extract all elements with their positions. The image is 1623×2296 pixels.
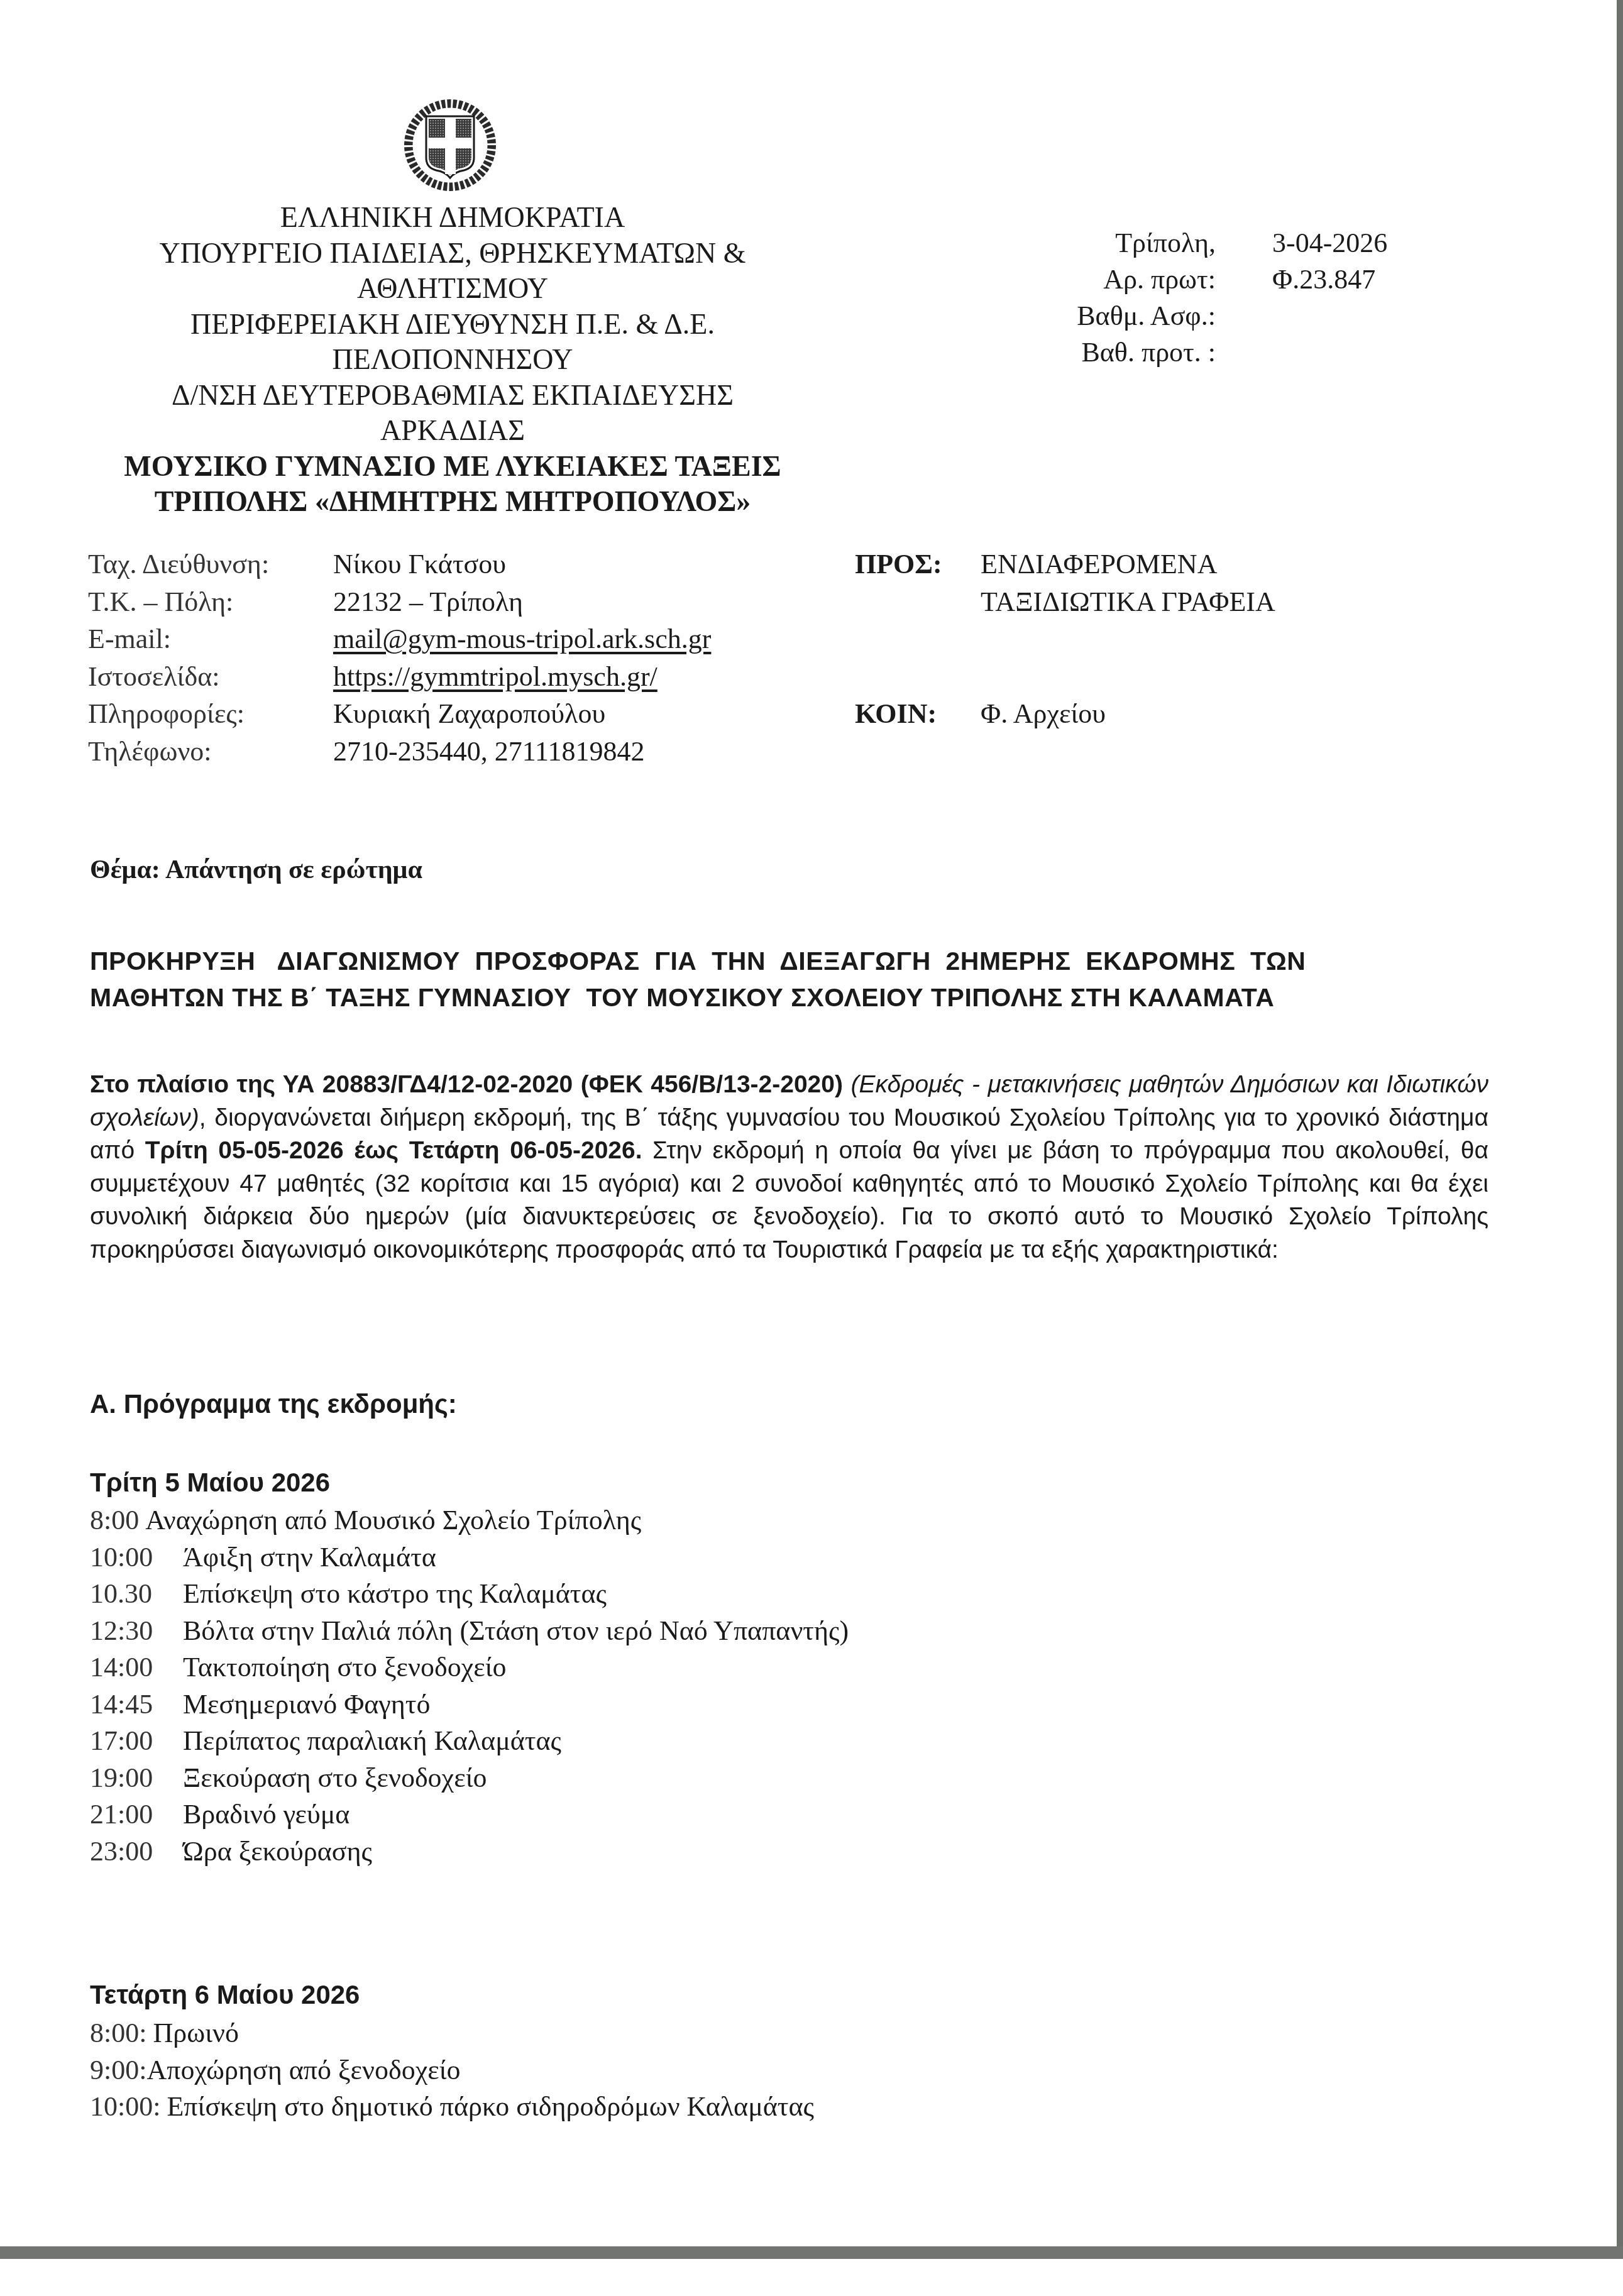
contact-info: Ταχ. Διεύθυνση: Νίκου Γκάτσου Τ.Κ. – Πόλ… <box>88 546 711 770</box>
schedule-day-1: 8:00Αναχώρηση από Μουσικό Σχολείο Τρίπολ… <box>90 1502 849 1870</box>
trip-dates: Τρίτη 05-05-2026 έως Τετάρτη 06-05-2026. <box>145 1137 642 1164</box>
schedule-time: 9:00: <box>90 2052 146 2089</box>
organization-header: ΕΛΛΗΝΙΚΗ ΔΗΜΟΚΡΑΤΙΑ ΥΠΟΥΡΓΕΙΟ ΠΑΙΔΕΙΑΣ, … <box>107 200 798 520</box>
day-heading: Τετάρτη 6 Μαίου 2026 <box>90 1980 360 2010</box>
cc-value: Φ. Αρχείου <box>981 695 1106 733</box>
schedule-time: 23:00 <box>90 1833 183 1870</box>
org-line: ΥΠΟΥΡΓΕΙΟ ΠΑΙΔΕΙΑΣ, ΘΡΗΣΚΕΥΜΑΤΩΝ & <box>107 236 798 272</box>
schedule-activity: Άφιξη στην Καλαμάτα <box>183 1539 436 1576</box>
schedule-item: 10:00Άφιξη στην Καλαμάτα <box>90 1539 849 1576</box>
document-meta: Τρίπολη, 3-04-2026 Αρ. πρωτ: Φ.23.847 Βα… <box>993 225 1387 371</box>
schedule-activity: Μεσημεριανό Φαγητό <box>183 1686 431 1723</box>
recipient-to: ΠΡΟΣ: ΕΝΔΙΑΦΕΡΟΜΕΝΑ ΤΑΞΙΔΙΩΤΙΚΑ ΓΡΑΦΕΙΑ <box>855 546 1275 620</box>
schedule-time: 8:00 <box>90 1502 145 1539</box>
contact-label: Ταχ. Διεύθυνση: <box>88 546 333 583</box>
subject-line: Θέμα: Απάντηση σε ερώτημα <box>90 855 422 885</box>
contact-label: Πληροφορίες: <box>88 695 333 733</box>
recipient-line: ΕΝΔΙΑΦΕΡΟΜΕΝΑ <box>981 546 1275 583</box>
program-title: Α. Πρόγραμμα της εκδρομής: <box>90 1389 457 1419</box>
meta-row-security: Βαθμ. Ασφ.: <box>993 298 1387 334</box>
schedule-time: 10:00: <box>90 2089 167 2126</box>
to-label: ΠΡΟΣ: <box>855 546 981 620</box>
schedule-activity: Τακτοποίηση στο ξενοδοχείο <box>183 1649 507 1686</box>
schedule-item: 8:00:Πρωινό <box>90 2015 814 2052</box>
security-level <box>1216 298 1272 334</box>
contact-label: Ιστοσελίδα: <box>88 658 333 696</box>
schedule-activity: Βόλτα στην Παλιά πόλη (Στάση στον ιερό Ν… <box>183 1613 849 1650</box>
schedule-time: 19:00 <box>90 1760 183 1797</box>
scan-edge-bottom <box>0 2246 1623 2259</box>
legal-reference: Στο πλαίσιο της ΥΑ 20883/ΓΔ4/12-02-2020 … <box>90 1071 843 1098</box>
document-date: 3-04-2026 <box>1216 225 1387 261</box>
meta-label: Τρίπολη, <box>1115 225 1216 261</box>
body-paragraph: Στο πλαίσιο της ΥΑ 20883/ΓΔ4/12-02-2020 … <box>90 1068 1488 1266</box>
schedule-time: 10:00 <box>90 1539 183 1576</box>
contact-row-phone: Τηλέφωνο: 2710-235440, 27111819842 <box>88 733 711 771</box>
schedule-activity: Ξεκούραση στο ξενοδοχείο <box>183 1760 487 1797</box>
meta-row-date: Τρίπολη, 3-04-2026 <box>993 225 1387 261</box>
contact-label: Τ.Κ. – Πόλη: <box>88 583 333 621</box>
meta-label: Βαθ. προτ. : <box>1081 334 1216 371</box>
priority-level <box>1216 334 1272 371</box>
contact-row-info: Πληροφορίες: Κυριακή Ζαχαροπούλου <box>88 695 711 733</box>
schedule-activity: Επίσκεψη στο δημοτικό πάρκο σιδηροδρόμων… <box>167 2089 814 2126</box>
contact-postcode-city: 22132 – Τρίπολη <box>333 583 523 621</box>
schedule-time: 17:00 <box>90 1723 183 1760</box>
schedule-activity: Αναχώρηση από Μουσικό Σχολείο Τρίπολης <box>145 1502 641 1539</box>
contact-label: E-mail: <box>88 620 333 658</box>
schedule-activity: Πρωινό <box>153 2015 238 2052</box>
schedule-time: 10.30 <box>90 1576 183 1613</box>
schedule-item: 23:00Ώρα ξεκούρασης <box>90 1833 849 1870</box>
website-link[interactable]: https://gymmtripol.mysch.gr/ <box>333 661 657 692</box>
scan-edge-right <box>1617 0 1623 2248</box>
meta-label: Βαθμ. Ασφ.: <box>1077 298 1216 334</box>
schedule-item: 14:45Μεσημεριανό Φαγητό <box>90 1686 849 1723</box>
email-link[interactable]: mail@gym-mous-tripol.ark.sch.gr <box>333 623 711 654</box>
meta-row-protocol: Αρ. πρωτ: Φ.23.847 <box>993 261 1387 298</box>
schedule-activity: Επίσκεψη στο κάστρο της Καλαμάτας <box>183 1576 607 1613</box>
contact-phone: 2710-235440, 27111819842 <box>333 733 644 771</box>
announcement-line: ΜΑΘΗΤΩΝ ΤΗΣ Β΄ ΤΑΞΗΣ ΓΥΜΝΑΣΙΟΥ ΤΟΥ ΜΟΥΣΙ… <box>90 979 1488 1016</box>
schedule-time: 14:45 <box>90 1686 183 1723</box>
schedule-activity: Βραδινό γεύμα <box>183 1796 349 1833</box>
schedule-item: 17:00Περίπατος παραλιακή Καλαμάτας <box>90 1723 849 1760</box>
contact-row-address: Ταχ. Διεύθυνση: Νίκου Γκάτσου <box>88 546 711 583</box>
recipients: ΠΡΟΣ: ΕΝΔΙΑΦΕΡΟΜΕΝΑ ΤΑΞΙΔΙΩΤΙΚΑ ΓΡΑΦΕΙΑ … <box>855 546 1275 733</box>
school-name: ΜΟΥΣΙΚΟ ΓΥΜΝΑΣΙΟ ΜΕ ΛΥΚΕΙΑΚΕΣ ΤΑΞΕΙΣ <box>107 449 798 485</box>
schedule-activity: Αποχώρηση από ξενοδοχείο <box>146 2052 460 2089</box>
greek-coat-of-arms-icon <box>402 97 498 193</box>
schedule-time: 12:30 <box>90 1613 183 1650</box>
protocol-number: Φ.23.847 <box>1216 261 1375 298</box>
org-line: Δ/ΝΣΗ ΔΕΥΤΕΡΟΒΑΘΜΙΑΣ ΕΚΠΑΙΔΕΥΣΗΣ <box>107 378 798 414</box>
meta-row-priority: Βαθ. προτ. : <box>993 334 1387 371</box>
schedule-time: 14:00 <box>90 1649 183 1686</box>
cc-label: ΚΟΙΝ: <box>855 695 981 733</box>
schedule-activity: Περίπατος παραλιακή Καλαμάτας <box>183 1723 561 1760</box>
contact-person: Κυριακή Ζαχαροπούλου <box>333 695 605 733</box>
announcement-title: ΠΡΟΚΗΡΥΞΗ ΔΙΑΓΩΝΙΣΜΟΥ ΠΡΟΣΦΟΡΑΣ ΓΙΑ ΤΗΝ … <box>90 943 1488 1016</box>
contact-label: Τηλέφωνο: <box>88 733 333 771</box>
school-name: ΤΡΙΠΟΛΗΣ «ΔΗΜΗΤΡΗΣ ΜΗΤΡΟΠΟΥΛΟΣ» <box>107 484 798 520</box>
contact-address: Νίκου Γκάτσου <box>333 546 506 583</box>
recipient-cc: ΚΟΙΝ: Φ. Αρχείου <box>855 695 1275 733</box>
schedule-item: 19:00Ξεκούραση στο ξενοδοχείο <box>90 1760 849 1797</box>
day-heading: Τρίτη 5 Μαίου 2026 <box>90 1468 330 1498</box>
schedule-item: 21:00Βραδινό γεύμα <box>90 1796 849 1833</box>
org-line: ΠΕΛΟΠΟΝΝΗΣΟΥ <box>107 342 798 378</box>
org-line: ΠΕΡΙΦΕΡΕΙΑΚΗ ΔΙΕΥΘΥΝΣΗ Π.Ε. & Δ.Ε. <box>107 307 798 343</box>
schedule-activity: Ώρα ξεκούρασης <box>183 1833 372 1870</box>
announcement-line: ΠΡΟΚΗΡΥΞΗ ΔΙΑΓΩΝΙΣΜΟΥ ΠΡΟΣΦΟΡΑΣ ΓΙΑ ΤΗΝ … <box>90 943 1488 979</box>
schedule-time: 21:00 <box>90 1796 183 1833</box>
meta-label: Αρ. πρωτ: <box>1103 261 1216 298</box>
org-line: ΕΛΛΗΝΙΚΗ ΔΗΜΟΚΡΑΤΙΑ <box>107 200 798 236</box>
contact-row-email: E-mail: mail@gym-mous-tripol.ark.sch.gr <box>88 620 711 658</box>
contact-row-website: Ιστοσελίδα: https://gymmtripol.mysch.gr/ <box>88 658 711 696</box>
schedule-item: 10.30Επίσκεψη στο κάστρο της Καλαμάτας <box>90 1576 849 1613</box>
org-line: ΑΡΚΑΔΙΑΣ <box>107 413 798 449</box>
schedule-item: 9:00:Αποχώρηση από ξενοδοχείο <box>90 2052 814 2089</box>
contact-row-city: Τ.Κ. – Πόλη: 22132 – Τρίπολη <box>88 583 711 621</box>
schedule-item: 14:00Τακτοποίηση στο ξενοδοχείο <box>90 1649 849 1686</box>
org-line: ΑΘΛΗΤΙΣΜΟΥ <box>107 271 798 307</box>
recipient-line: ΤΑΞΙΔΙΩΤΙΚΑ ΓΡΑΦΕΙΑ <box>981 583 1275 621</box>
schedule-item: 8:00Αναχώρηση από Μουσικό Σχολείο Τρίπολ… <box>90 1502 849 1539</box>
schedule-day-2: 8:00:Πρωινό 9:00:Αποχώρηση από ξενοδοχεί… <box>90 2015 814 2126</box>
schedule-item: 12:30Βόλτα στην Παλιά πόλη (Στάση στον ι… <box>90 1613 849 1650</box>
schedule-time: 8:00: <box>90 2015 153 2052</box>
schedule-item: 10:00:Επίσκεψη στο δημοτικό πάρκο σιδηρο… <box>90 2089 814 2126</box>
